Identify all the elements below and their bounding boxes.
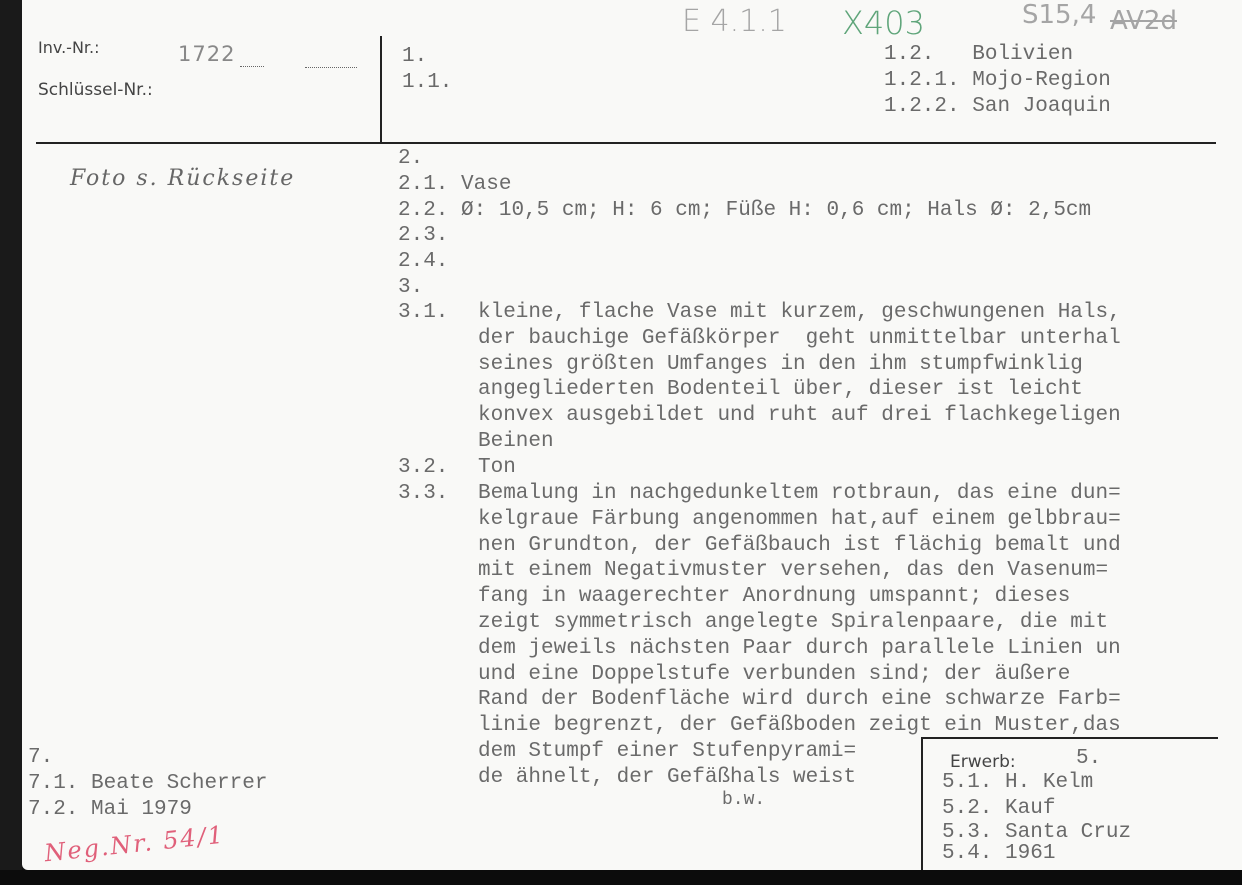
desc-3-2-text: Ton bbox=[478, 455, 516, 481]
header-rule bbox=[36, 142, 1216, 144]
location-line: 1.2. Bolivien bbox=[884, 42, 1111, 68]
description-line: konvex ausgebildet und ruht auf drei fla… bbox=[478, 403, 1121, 429]
location-line: 1.2.2. San Joaquin bbox=[884, 94, 1111, 120]
recorder-line: 7. bbox=[28, 745, 267, 771]
acquisition-line: 5.1. H. Kelm bbox=[942, 770, 1131, 796]
description-line: fang in waagerechter Anordnung umspannt;… bbox=[478, 584, 1121, 610]
acquisition-top-rule bbox=[922, 737, 1218, 739]
location-line: 1.2.1. Mojo-Region bbox=[884, 68, 1111, 94]
inv-label: Inv.-Nr.: bbox=[38, 38, 100, 57]
acquisition-num: 5. bbox=[1076, 746, 1101, 772]
description-line: mit einem Negativmuster versehen, das de… bbox=[478, 558, 1121, 584]
description-line: seines größten Umfanges in den ihm stump… bbox=[478, 352, 1121, 378]
green-code: X403 bbox=[842, 4, 925, 42]
pencil-code-2: S15,4 bbox=[1022, 0, 1096, 30]
location-block: 1.2. Bolivien 1.2.1. Mojo-Region 1.2.2. … bbox=[884, 42, 1111, 119]
description-line: angegliederten Bodenteil über, dieser is… bbox=[478, 377, 1121, 403]
recorder-line: 7.1. Beate Scherrer bbox=[28, 771, 267, 797]
description-line: dem Stumpf einer Stufenpyrami= bbox=[478, 739, 1121, 765]
desc-3-2-num: 3.2. bbox=[398, 455, 448, 481]
description-line: kelgraue Färbung angenommen hat,auf eine… bbox=[478, 507, 1121, 533]
description-line: linie begrenzt, der Gefäßboden zeigt ein… bbox=[478, 713, 1121, 739]
negative-number-note: Neg.Nr. 54/1 bbox=[43, 821, 226, 868]
card-bottom-edge bbox=[0, 870, 1242, 885]
dotted-line bbox=[240, 66, 264, 67]
acquisition-block: 5.1. H. Kelm 5.2. Kauf 5.3. Santa Cruz 5… bbox=[942, 770, 1131, 864]
object-line: 2.2. Ø: 10,5 cm; H: 6 cm; Füße H: 0,6 cm… bbox=[398, 198, 1091, 224]
desc-3-1-text: kleine, flache Vase mit kurzem, geschwun… bbox=[478, 300, 1121, 455]
recorder-block: 7. 7.1. Beate Scherrer 7.2. Mai 1979 bbox=[28, 745, 267, 822]
field-1: 1. bbox=[402, 44, 427, 70]
continued-note: b.w. bbox=[722, 788, 765, 814]
acquisition-line: 5.2. Kauf bbox=[942, 796, 1131, 822]
description-line: nen Grundton, der Gefäßbauch ist flächig… bbox=[478, 533, 1121, 559]
header-divider bbox=[380, 36, 382, 142]
description-line: Beinen bbox=[478, 429, 1121, 455]
description-line: Rand der Bodenfläche wird durch eine sch… bbox=[478, 687, 1121, 713]
description-line: dem jeweils nächsten Paar durch parallel… bbox=[478, 636, 1121, 662]
description-line: kleine, flache Vase mit kurzem, geschwun… bbox=[478, 300, 1121, 326]
description-line: Bemalung in nachgedunkeltem rotbraun, da… bbox=[478, 481, 1121, 507]
object-line: 2.4. bbox=[398, 249, 1091, 275]
object-block: 2. 2.1. Vase 2.2. Ø: 10,5 cm; H: 6 cm; F… bbox=[398, 146, 1091, 301]
object-line: 2.3. bbox=[398, 223, 1091, 249]
description-line: und eine Doppelstufe verbunden sind; der… bbox=[478, 662, 1121, 688]
dotted-line bbox=[305, 67, 357, 68]
desc-3-1-num: 3.1. bbox=[398, 300, 448, 326]
catalog-card: Inv.-Nr.: 1722 Schlüssel-Nr.: 1. 1.1. E … bbox=[22, 0, 1242, 870]
inv-value: 1722 bbox=[178, 42, 235, 66]
acquisition-line: 5.3. Santa Cruz bbox=[942, 822, 1131, 844]
description-line: der bauchige Gefäßkörper geht unmittelba… bbox=[478, 326, 1121, 352]
handwritten-note: Foto s. Rückseite bbox=[70, 166, 295, 191]
desc-3-3-text: Bemalung in nachgedunkeltem rotbraun, da… bbox=[478, 481, 1121, 791]
recorder-line: 7.2. Mai 1979 bbox=[28, 797, 267, 823]
description-line: zeigt symmetrisch angelegte Spiralenpaar… bbox=[478, 610, 1121, 636]
acquisition-label: Erwerb: bbox=[950, 752, 1016, 772]
key-label: Schlüssel-Nr.: bbox=[38, 80, 153, 100]
pencil-code: E 4.1.1 bbox=[682, 4, 787, 39]
object-line: 2. bbox=[398, 146, 1091, 172]
acquisition-left-rule bbox=[921, 737, 923, 870]
field-1-1: 1.1. bbox=[402, 70, 452, 96]
object-line: 3. bbox=[398, 275, 1091, 301]
crossed-code: AV2d bbox=[1110, 6, 1177, 36]
card-left-edge bbox=[0, 0, 22, 885]
object-line: 2.1. Vase bbox=[398, 172, 1091, 198]
desc-3-3-num: 3.3. bbox=[398, 481, 448, 507]
acquisition-line: 5.4. 1961 bbox=[942, 844, 1131, 864]
